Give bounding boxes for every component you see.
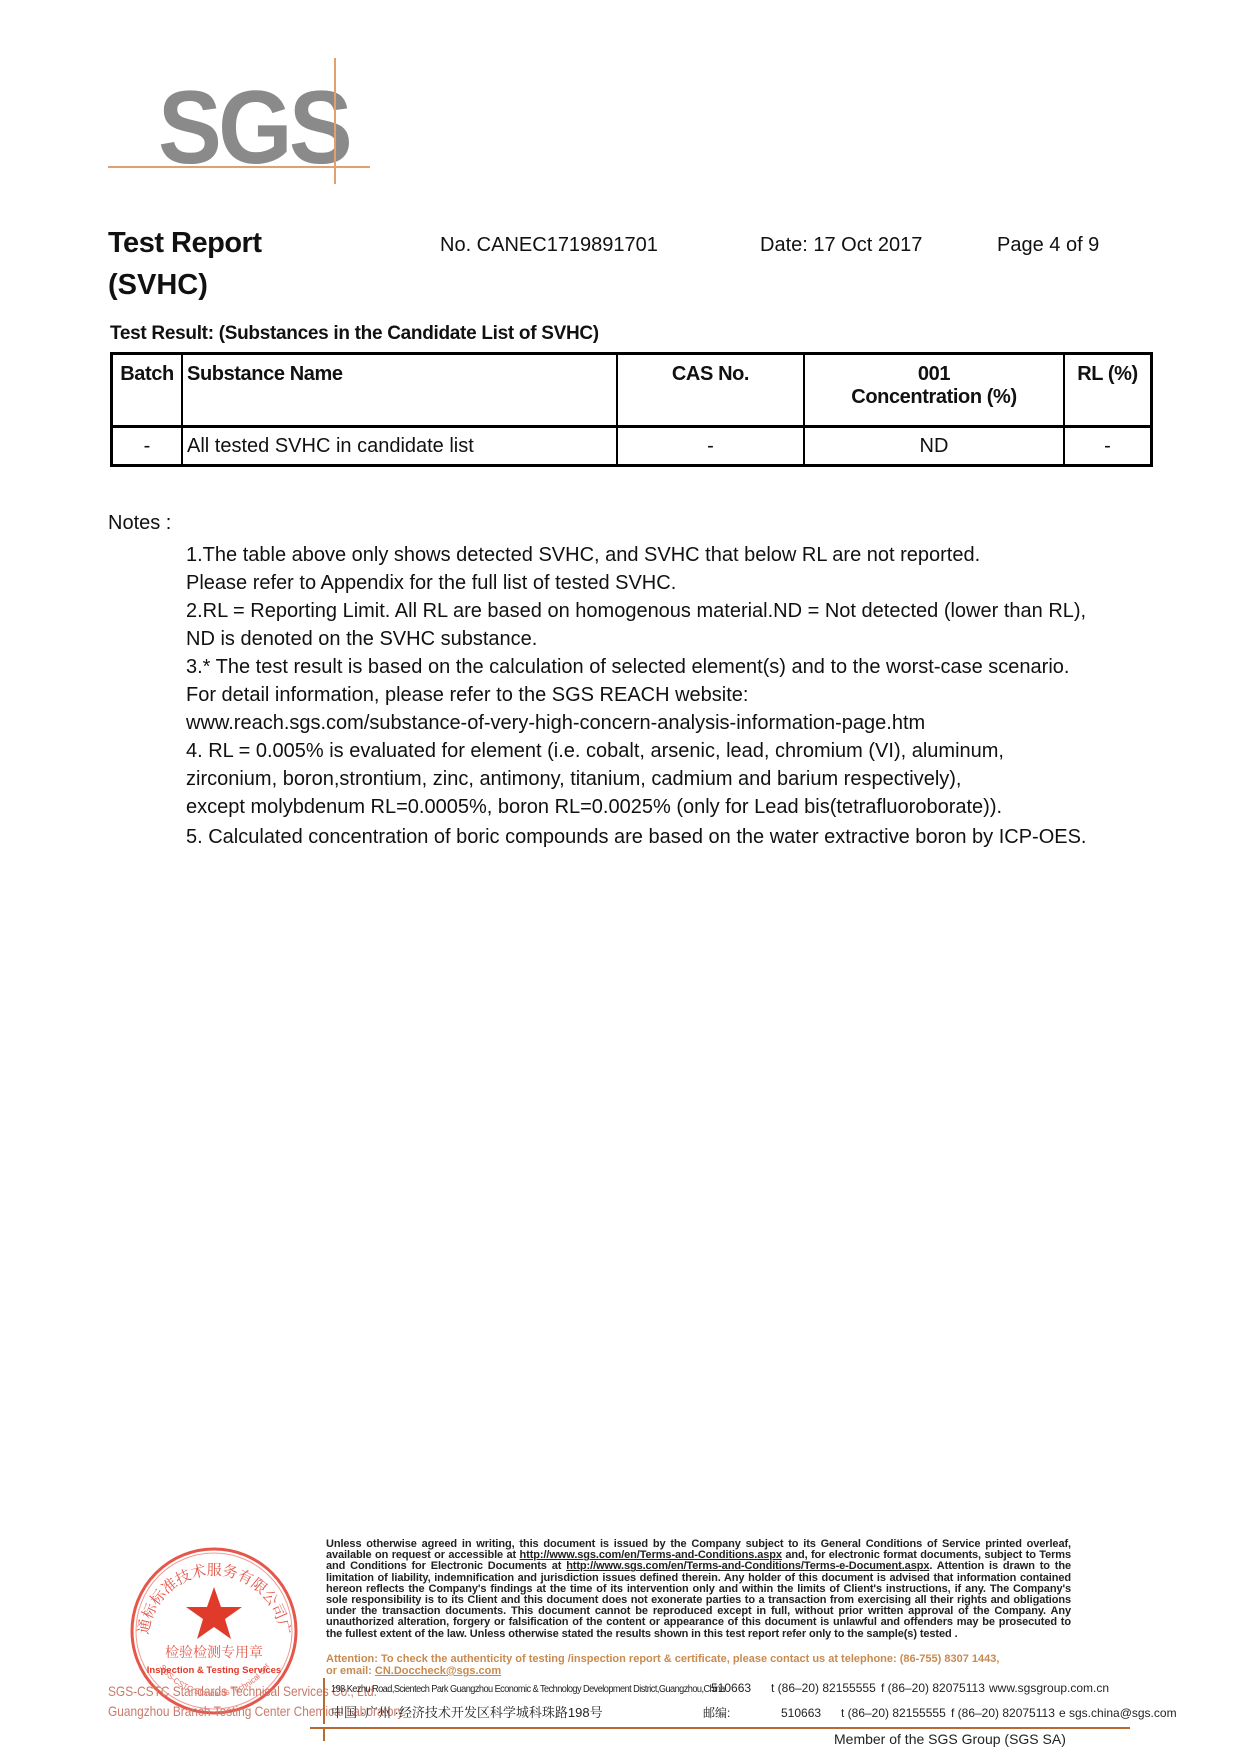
report-date: Date: 17 Oct 2017	[760, 234, 922, 257]
report-title: Test Report	[108, 226, 261, 260]
cell-batch: -	[112, 427, 183, 466]
cell-substance: All tested SVHC in candidate list	[182, 427, 617, 466]
note-line: 3.* The test result is based on the calc…	[186, 653, 1087, 681]
contact-line-en: 198 Kezhu Road,Scientech Park Guangzhou …	[331, 1681, 1109, 1695]
cell-concentration: ND	[804, 427, 1064, 466]
table-header-row: Batch Substance Name CAS No. 001 Concent…	[112, 354, 1152, 427]
fax: f (86–20) 82075113	[881, 1681, 989, 1695]
sample-id: 001	[809, 363, 1059, 386]
fax: f (86–20) 82075113	[951, 1706, 1059, 1720]
address-en: 198 Kezhu Road,Scientech Park Guangzhou …	[331, 1684, 681, 1695]
notes-list: 1.The table above only shows detected SV…	[186, 541, 1087, 851]
postcode-label-cn: 邮编:	[703, 1704, 781, 1721]
note-line: except molybdenum RL=0.0005%, boron RL=0…	[186, 793, 1087, 821]
col-rl: RL (%)	[1064, 354, 1152, 427]
seal-star-icon	[186, 1587, 242, 1639]
result-table: Batch Substance Name CAS No. 001 Concent…	[110, 352, 1153, 467]
note-line: 4. RL = 0.005% is evaluated for element …	[186, 737, 1087, 765]
member-statement: Member of the SGS Group (SGS SA)	[834, 1731, 1066, 1747]
cell-cas: -	[617, 427, 804, 466]
note-line: For detail information, please refer to …	[186, 681, 1087, 709]
email-prefix: or email:	[326, 1665, 375, 1677]
note-line: 1.The table above only shows detected SV…	[186, 541, 1087, 569]
footer-divider	[310, 1727, 1130, 1729]
table-row: - All tested SVHC in candidate list - ND…	[112, 427, 1152, 466]
logo-text: SGS	[158, 78, 349, 178]
note-link-reach: www.reach.sgs.com/substance-of-very-high…	[186, 709, 1087, 737]
attention-text: Attention: To check the authenticity of …	[326, 1653, 1086, 1665]
terms-link[interactable]: http://www.sgs.com/en/Terms-and-Conditio…	[520, 1549, 782, 1561]
telephone: t (86–20) 82155555	[771, 1681, 881, 1695]
contact-info: 198 Kezhu Road,Scientech Park Guangzhou …	[323, 1678, 1085, 1724]
address-cn: 中国 ·广州 ·经济技术开发区科学城科珠路198号	[331, 1702, 703, 1721]
page-number: Page 4 of 9	[997, 234, 1099, 257]
doccheck-email-link[interactable]: CN.Doccheck@sgs.com	[375, 1665, 501, 1677]
terms-fine-print: Unless otherwise agreed in writing, this…	[326, 1539, 1071, 1640]
e-document-terms-link[interactable]: http://www.sgs.com/en/Terms-and-Conditio…	[566, 1560, 929, 1572]
fine-print-text: . Attention is drawn to the limitation o…	[326, 1560, 1071, 1639]
note-line: 5. Calculated concentration of boric com…	[186, 823, 1087, 851]
postcode: 510663	[781, 1706, 841, 1720]
note-line: 2.RL = Reporting Limit. All RL are based…	[186, 597, 1087, 625]
authenticity-notice: Attention: To check the authenticity of …	[326, 1653, 1086, 1677]
seal-center-en: Inspection & Testing Services	[147, 1665, 281, 1676]
contact-line-cn: 中国 ·广州 ·经济技术开发区科学城科珠路198号邮编:510663t (86–…	[331, 1702, 1177, 1721]
col-substance-name: Substance Name	[182, 354, 617, 427]
report-subtitle: (SVHC)	[108, 268, 208, 302]
col-batch: Batch	[112, 354, 183, 427]
logo-vertical-rule	[334, 58, 336, 184]
col-concentration: 001 Concentration (%)	[804, 354, 1064, 427]
sgs-logo: SGS	[108, 58, 368, 183]
note-line: ND is denoted on the SVHC substance.	[186, 625, 1087, 653]
website-link[interactable]: www.sgsgroup.com.cn	[989, 1681, 1109, 1695]
note-line: Please refer to Appendix for the full li…	[186, 569, 1087, 597]
cell-rl: -	[1064, 427, 1152, 466]
section-title: Test Result: (Substances in the Candidat…	[110, 323, 599, 345]
telephone: t (86–20) 82155555	[841, 1706, 951, 1720]
concentration-label: Concentration (%)	[809, 386, 1059, 409]
notes-label: Notes :	[108, 512, 171, 535]
col-cas-no: CAS No.	[617, 354, 804, 427]
logo-horizontal-rule	[108, 166, 370, 168]
email-link[interactable]: e sgs.china@sgs.com	[1059, 1706, 1177, 1720]
footer-divider-tick	[323, 1727, 325, 1741]
report-number: No. CANEC1719891701	[440, 234, 658, 257]
note-line: zirconium, boron,strontium, zinc, antimo…	[186, 765, 1087, 793]
seal-center-cn: 检验检测专用章	[165, 1644, 263, 1661]
